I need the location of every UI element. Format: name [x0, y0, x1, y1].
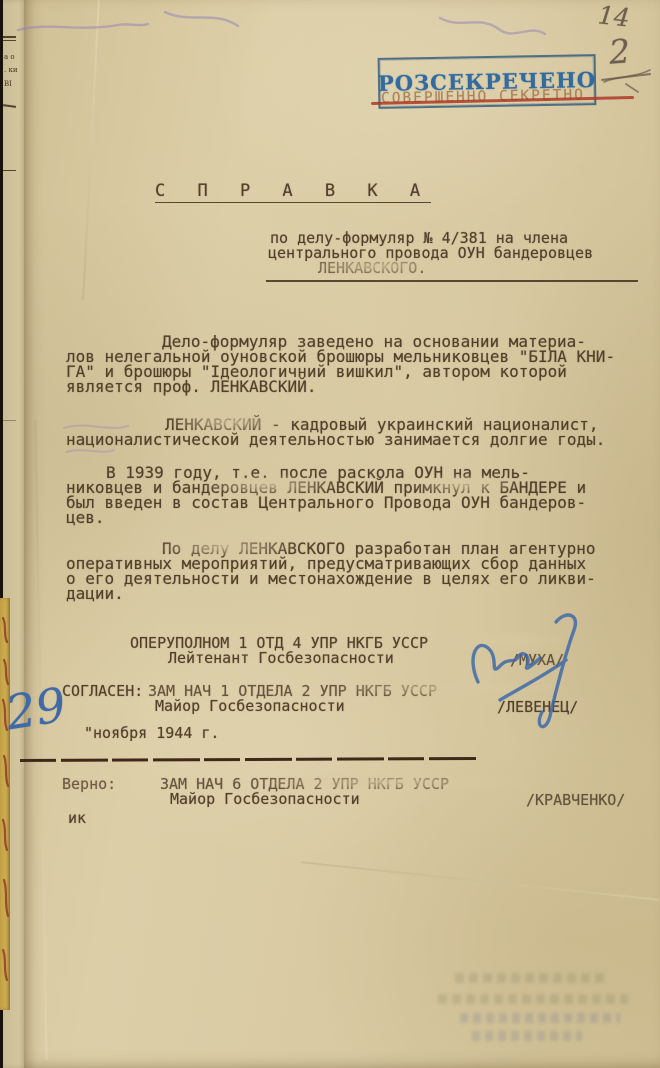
bleedthrough-stamp-row: [438, 994, 628, 1004]
document-title-text: С П Р А В К А: [155, 181, 431, 203]
margin-text-fragment: ВІ: [4, 80, 12, 89]
margin-text-fragment: . ки: [4, 66, 18, 75]
pencil-page-number-top: 14: [597, 0, 632, 32]
handwritten-day-ink: 29: [2, 678, 70, 742]
document-scan: а о . ки ВІ РОЗСЕКРЕЧЕНО СОВЕРШЕННО СЕКР…: [0, 0, 660, 1068]
certification-line-2: Майор Госбезопасности: [170, 792, 360, 808]
agreement-line-2: Майор Госбезопасности: [155, 699, 345, 715]
bleedthrough-stamp-row: [455, 973, 605, 983]
margin-line-fragment: [3, 104, 16, 108]
pencil-page-number-bottom: 2: [608, 31, 632, 71]
yellowed-page-sliver: [0, 598, 10, 1010]
paragraph-1-line-4: является проф. ЛЕНКАВСКИЙ.: [66, 379, 316, 395]
certification-name: /КРАВЧЕНКО/: [526, 793, 625, 809]
paragraph-2-line-2: националистической деятельностью занимае…: [66, 432, 605, 448]
document-page: [24, 0, 660, 1068]
bleedthrough-stamp-row: [460, 1013, 620, 1023]
paragraph-3-line-4: цев.: [66, 510, 105, 526]
certification-label: Верно:: [62, 777, 116, 793]
document-title: С П Р А В К А: [155, 184, 431, 200]
margin-line-fragment: [3, 420, 16, 421]
agreement-name: /ЛЕВЕНЕЦ/: [497, 700, 578, 716]
margin-line-fragment: [3, 40, 16, 41]
subtitle-line-2: центрального провода ОУН бандеровцев: [268, 246, 593, 262]
margin-text-fragment: а о: [4, 53, 15, 62]
paragraph-4-line-3: о его деятельности и местонахождение в ц…: [66, 571, 596, 587]
signature-block-line-2: Лейтенант Госбезопасности: [168, 651, 394, 667]
subtitle-underline: [266, 280, 638, 282]
margin-line-fragment: [3, 36, 16, 38]
subtitle-line-3: ЛЕНКАВСКОГО.: [318, 261, 426, 277]
typist-initials: ик: [68, 811, 86, 827]
paragraph-4-line-4: дации.: [66, 586, 124, 602]
paragraph-3-line-3: был введен в состав Центрального Провода…: [66, 495, 586, 511]
margin-line-fragment: [3, 170, 16, 171]
bleedthrough-stamp-row: [472, 1031, 582, 1041]
signature-block-name: /МУХА/: [510, 653, 564, 669]
agreement-label: СОГЛАСЕН:: [62, 684, 143, 700]
date-line: "ноября 1944 г.: [84, 726, 219, 742]
